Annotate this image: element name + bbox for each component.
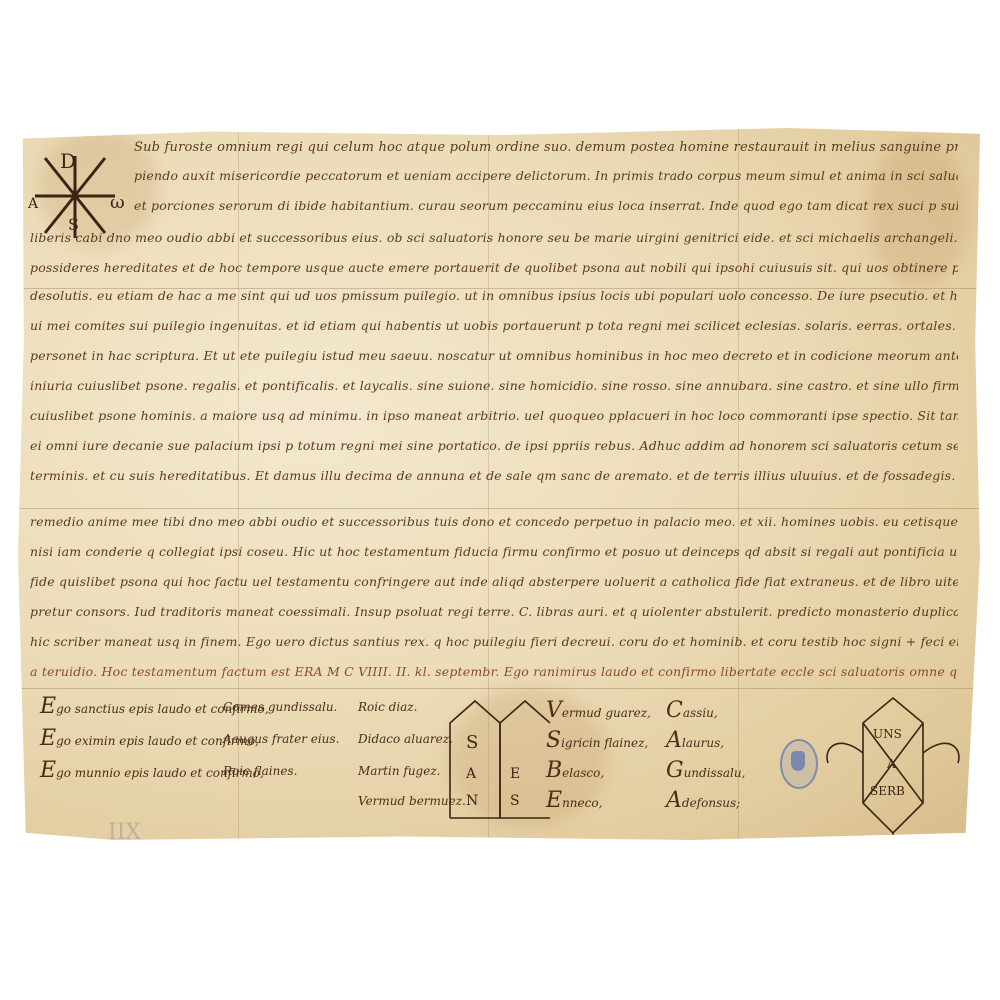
svg-text:UNS: UNS <box>873 727 902 741</box>
witness-name: Vermud guarez, <box>546 698 651 723</box>
witness-name: Didaco aluarez. <box>358 732 453 746</box>
text-line: iniuria cuiuslibet psone. regalis. et po… <box>30 378 958 393</box>
text-line: possideres hereditates et de hoc tempore… <box>30 260 958 275</box>
royal-signum: UNS A SERB <box>818 693 968 863</box>
fold-line <box>18 508 980 509</box>
witness-name: Alaurus, <box>666 728 724 753</box>
svg-text:D: D <box>60 149 76 173</box>
archive-stamp-icon <box>780 739 818 789</box>
text-line: hic scriber maneat usq in finem. Ego uer… <box>30 634 958 649</box>
text-line: pretur consors. Iud traditoris maneat co… <box>30 604 958 619</box>
svg-text:ω: ω <box>110 192 125 213</box>
text-line: piendo auxit misericordie peccatorum et … <box>134 168 958 183</box>
witness-name: Comes gundissalu. <box>223 700 337 714</box>
parchment-charter: D A ω S Sub furoste omnium regi qui celu… <box>18 128 980 840</box>
svg-text:A: A <box>27 196 39 212</box>
text-line: desolutis. eu etiam de hac a me sint qui… <box>30 288 958 303</box>
fold-line <box>18 688 980 689</box>
witness-name: Belasco, <box>546 758 604 783</box>
witness-name: Enneco, <box>546 788 602 813</box>
text-line: personet in hac scriptura. Et ut ete pui… <box>30 348 958 363</box>
text-line: ei omni iure decanie sue palacium ipsi p… <box>30 438 958 453</box>
svg-text:E: E <box>510 766 520 782</box>
witness-name: Gundissalu, <box>666 758 745 783</box>
witness-name: Roic flaines. <box>223 764 297 778</box>
text-line: et porciones serorum di ibide habitantiu… <box>134 198 958 213</box>
svg-text:A: A <box>886 757 896 771</box>
witness-name: Sigricin flainez, <box>546 728 648 753</box>
margin-mark: IIX <box>108 820 141 845</box>
text-line: a teruidio. Hoc testamentum factum est E… <box>30 664 958 679</box>
witness-name: Cassiu, <box>666 698 718 723</box>
text-line: liberis cabi dno meo oudio abbi et succe… <box>30 230 958 245</box>
svg-text:S: S <box>466 732 478 753</box>
witness-name: Aaugus frater eius. <box>223 732 339 746</box>
svg-text:S: S <box>510 793 520 809</box>
witness-name: Martin fugez. <box>358 764 440 778</box>
text-line: ui mei comites sui puilegio ingenuitas. … <box>30 318 958 333</box>
text-line: fide quislibet psona qui hoc factu uel t… <box>30 574 958 589</box>
witness-name: Roic diaz. <box>358 700 417 714</box>
svg-text:A: A <box>465 766 477 782</box>
svg-text:N: N <box>466 793 478 809</box>
witness-name: Adefonsus; <box>666 788 740 813</box>
svg-text:SERB: SERB <box>870 784 905 798</box>
text-line: nisi iam conderie q collegiat ipsi coseu… <box>30 544 958 559</box>
text-line: Sub furoste omnium regi qui celum hoc at… <box>134 140 958 155</box>
text-line: cuiuslibet psone hominis. a maiore usq a… <box>30 408 958 423</box>
text-line: terminis. et cu suis hereditatibus. Et d… <box>30 468 958 483</box>
text-line: remedio anime mee tibi dno meo abbi oudi… <box>30 514 958 529</box>
